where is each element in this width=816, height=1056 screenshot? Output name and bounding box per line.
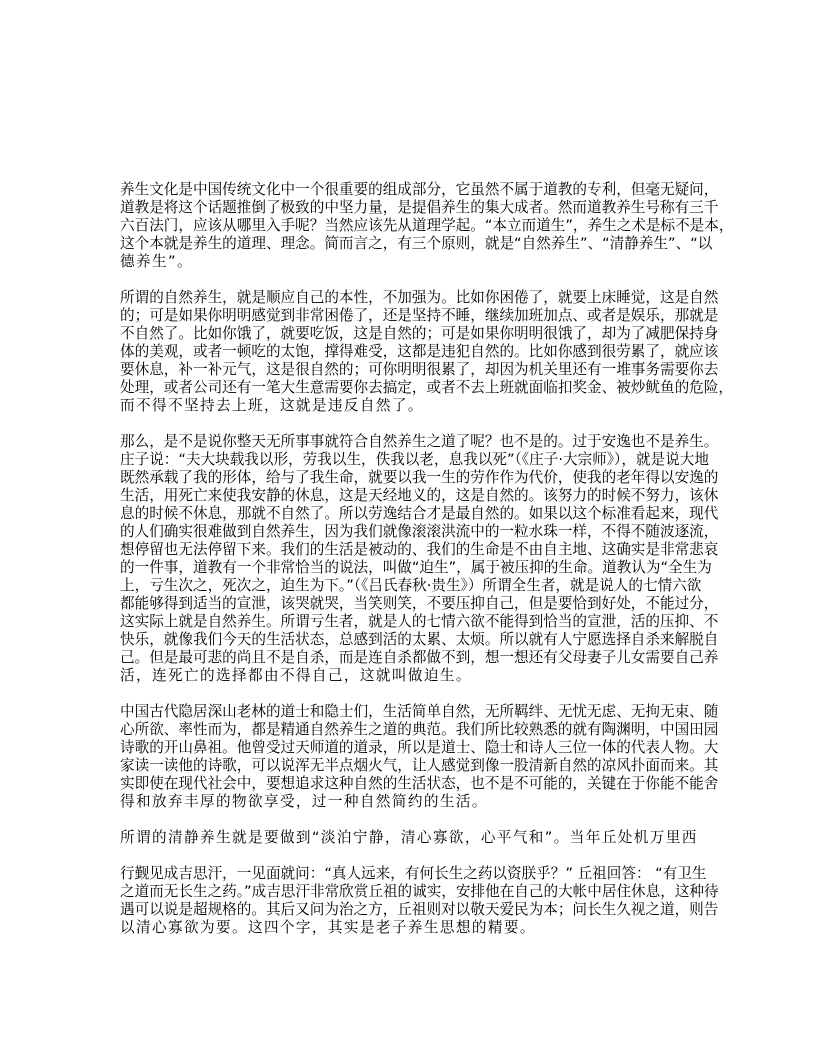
paragraph-hermits: 中国古代隐居深山老林的道士和隐士们，生活简单自然，无所羁绊、无忧无虑、无拘无束、… bbox=[120, 703, 700, 811]
text-line: 以清心寡欲为要。这四个字，其实是老子养生思想的精要。 bbox=[120, 919, 700, 937]
text-line: 这个本就是养生的道理、理念。简而言之，有三个原则，就是“自然养生”、“清静养生”… bbox=[120, 235, 696, 253]
paragraph-rest-and-labor: 那么，是不是说你整天无所事事就符合自然养生之道了呢？也不是的。过于安逸也不是养生… bbox=[120, 433, 700, 685]
text-line: 心所欲、率性而为，都是精通自然养生之道的典范。我们所比较熟悉的就有陶渊明，中国田… bbox=[120, 721, 696, 739]
text-line: 道教是将这个话题推倒了极致的中坚力量，是提倡养生的集大成者。然而道教养生号称有三… bbox=[120, 199, 696, 217]
text-line: 得和放弃丰厚的物欲享受，过一种自然简约的生活。 bbox=[120, 793, 700, 811]
text-line: 那么，是不是说你整天无所事事就符合自然养生之道了呢？也不是的。过于安逸也不是养生… bbox=[120, 433, 696, 451]
text-line: 活，连死亡的选择都由不得自己，这就叫做迫生。 bbox=[120, 667, 700, 685]
text-line: 六百法门，应该从哪里入手呢？当然应该先从道理学起。“本立而道生”，养生之术是标不… bbox=[120, 217, 696, 235]
text-line: 体的美观，或者一顿吃的太饱，撑得难受，这都是违犯自然的。比如你感到很劳累了，就应… bbox=[120, 343, 696, 361]
paragraph-intro: 养生文化是中国传统文化中一个很重要的组成部分，它虽然不属于道教的专利，但毫无疑问… bbox=[120, 181, 700, 271]
text-line: 己。但是最可悲的尚且不是自杀，而是连自杀都做不到，想一想还有父母妻子儿女需要自己… bbox=[120, 649, 696, 667]
text-line: 这实际上就是自然养生。所谓亏生者，就是人的七情六欲不能得到恰当的宣泄，活的压抑、… bbox=[120, 613, 696, 631]
paragraph-tranquil-health: 所谓的清静养生就是要做到“淡泊宁静，清心寡欲，心平气和”。当年丘处机万里西 bbox=[120, 829, 700, 847]
text-line: 的人们确实很难做到自然养生，因为我们就像滚滚洪流中的一粒水珠一样，不得不随波逐流… bbox=[120, 523, 696, 541]
text-line: 的；可是如果你明明感觉到非常困倦了，还是坚持不睡，继续加班加点、或者是娱乐，那就… bbox=[120, 307, 696, 325]
document-page: 养生文化是中国传统文化中一个很重要的组成部分，它虽然不属于道教的专利，但毫无疑问… bbox=[120, 181, 700, 955]
text-line: 要休息，补一补元气，这是很自然的；可你明明很累了，却因为机关里还有一堆事务需要你… bbox=[120, 361, 696, 379]
text-line: 想停留也无法停留下来。我们的生活是被动的、我们的生命是不由自主地、这确实是非常悲… bbox=[120, 541, 696, 559]
text-line: 庄子说：“夫大块载我以形，劳我以生，佚我以老，息我以死”（《庄子·大宗师》），就… bbox=[120, 451, 696, 469]
text-line: 养生文化是中国传统文化中一个很重要的组成部分，它虽然不属于道教的专利，但毫无疑问… bbox=[120, 181, 696, 199]
text-line: 既然承载了我的形体，给与了我生命，就要以我一生的劳作作为代价，使我的老年得以安逸… bbox=[120, 469, 696, 487]
paragraph-natural-health: 所谓的自然养生，就是顺应自己的本性，不加强为。比如你困倦了，就要上床睡觉，这是自… bbox=[120, 289, 700, 415]
text-line: 所谓的清静养生就是要做到“淡泊宁静，清心寡欲，心平气和”。当年丘处机万里西 bbox=[120, 829, 700, 847]
text-line: 中国古代隐居深山老林的道士和隐士们，生活简单自然，无所羁绊、无忧无虑、无拘无束、… bbox=[120, 703, 696, 721]
text-line: 行觐见成吉思汗，一见面就问：“真人远来，有何长生之药以资朕乎？” 丘祖回答： “… bbox=[120, 865, 696, 883]
paragraph-qiu-chuji: 行觐见成吉思汗，一见面就问：“真人远来，有何长生之药以资朕乎？” 丘祖回答： “… bbox=[120, 865, 700, 937]
text-line: 诗歌的开山鼻祖。他曾受过天师道的道录，所以是道士、隐士和诗人三位一体的代表人物。… bbox=[120, 739, 696, 757]
text-line: 上，亏生次之，死次之，迫生为下。”（《吕氏春秋·贵生》）所谓全生者，就是说人的七… bbox=[120, 577, 696, 595]
text-line: 都能够得到适当的宣泄，该哭就哭，当笑则笑，不要压抑自己，但是要恰到好处，不能过分… bbox=[120, 595, 696, 613]
text-line: 家读一读他的诗歌，可以说浑无半点烟火气，让人感觉到像一股清新自然的凉风扑面而来。… bbox=[120, 757, 696, 775]
text-line: 息的时候不休息，那就不自然了。所以劳逸结合才是最自然的。如果以这个标准看起来，现… bbox=[120, 505, 696, 523]
text-line: 实即使在现代社会中，要想追求这种自然的生活状态，也不是不可能的，关键在于你能不能… bbox=[120, 775, 696, 793]
text-line: 所谓的自然养生，就是顺应自己的本性，不加强为。比如你困倦了，就要上床睡觉，这是自… bbox=[120, 289, 696, 307]
text-line: 而不得不坚持去上班，这就是违反自然了。 bbox=[120, 397, 700, 415]
text-line: 的一件事，道教有一个非常恰当的说法，叫做“迫生”，属于被压抑的生命。道教认为“全… bbox=[120, 559, 696, 577]
text-line: 生活，用死亡来使我安静的休息，这是天经地义的，这是自然的。该努力的时候不努力，该… bbox=[120, 487, 696, 505]
text-line: 不自然了。比如你饿了，就要吃饭，这是自然的；可是如果你明明很饿了，却为了减肥保持… bbox=[120, 325, 696, 343]
text-line: 快乐，就像我们今天的生活状态，总感到活的太累、太烦。所以就有人宁愿选择自杀来解脱… bbox=[120, 631, 696, 649]
text-line: 遇可以说是超规格的。其后又问为治之方，丘祖则对以敬天爱民为本；问长生久视之道，则… bbox=[120, 901, 696, 919]
text-line: 德养生”。 bbox=[120, 253, 700, 271]
text-line: 之道而无长生之药。”成吉思汗非常欣赏丘祖的诚实，安排他在自己的大帐中居住休息，这… bbox=[120, 883, 696, 901]
text-line: 处理，或者公司还有一笔大生意需要你去搞定，或者不去上班就面临扣奖金、被炒鱿鱼的危… bbox=[120, 379, 696, 397]
